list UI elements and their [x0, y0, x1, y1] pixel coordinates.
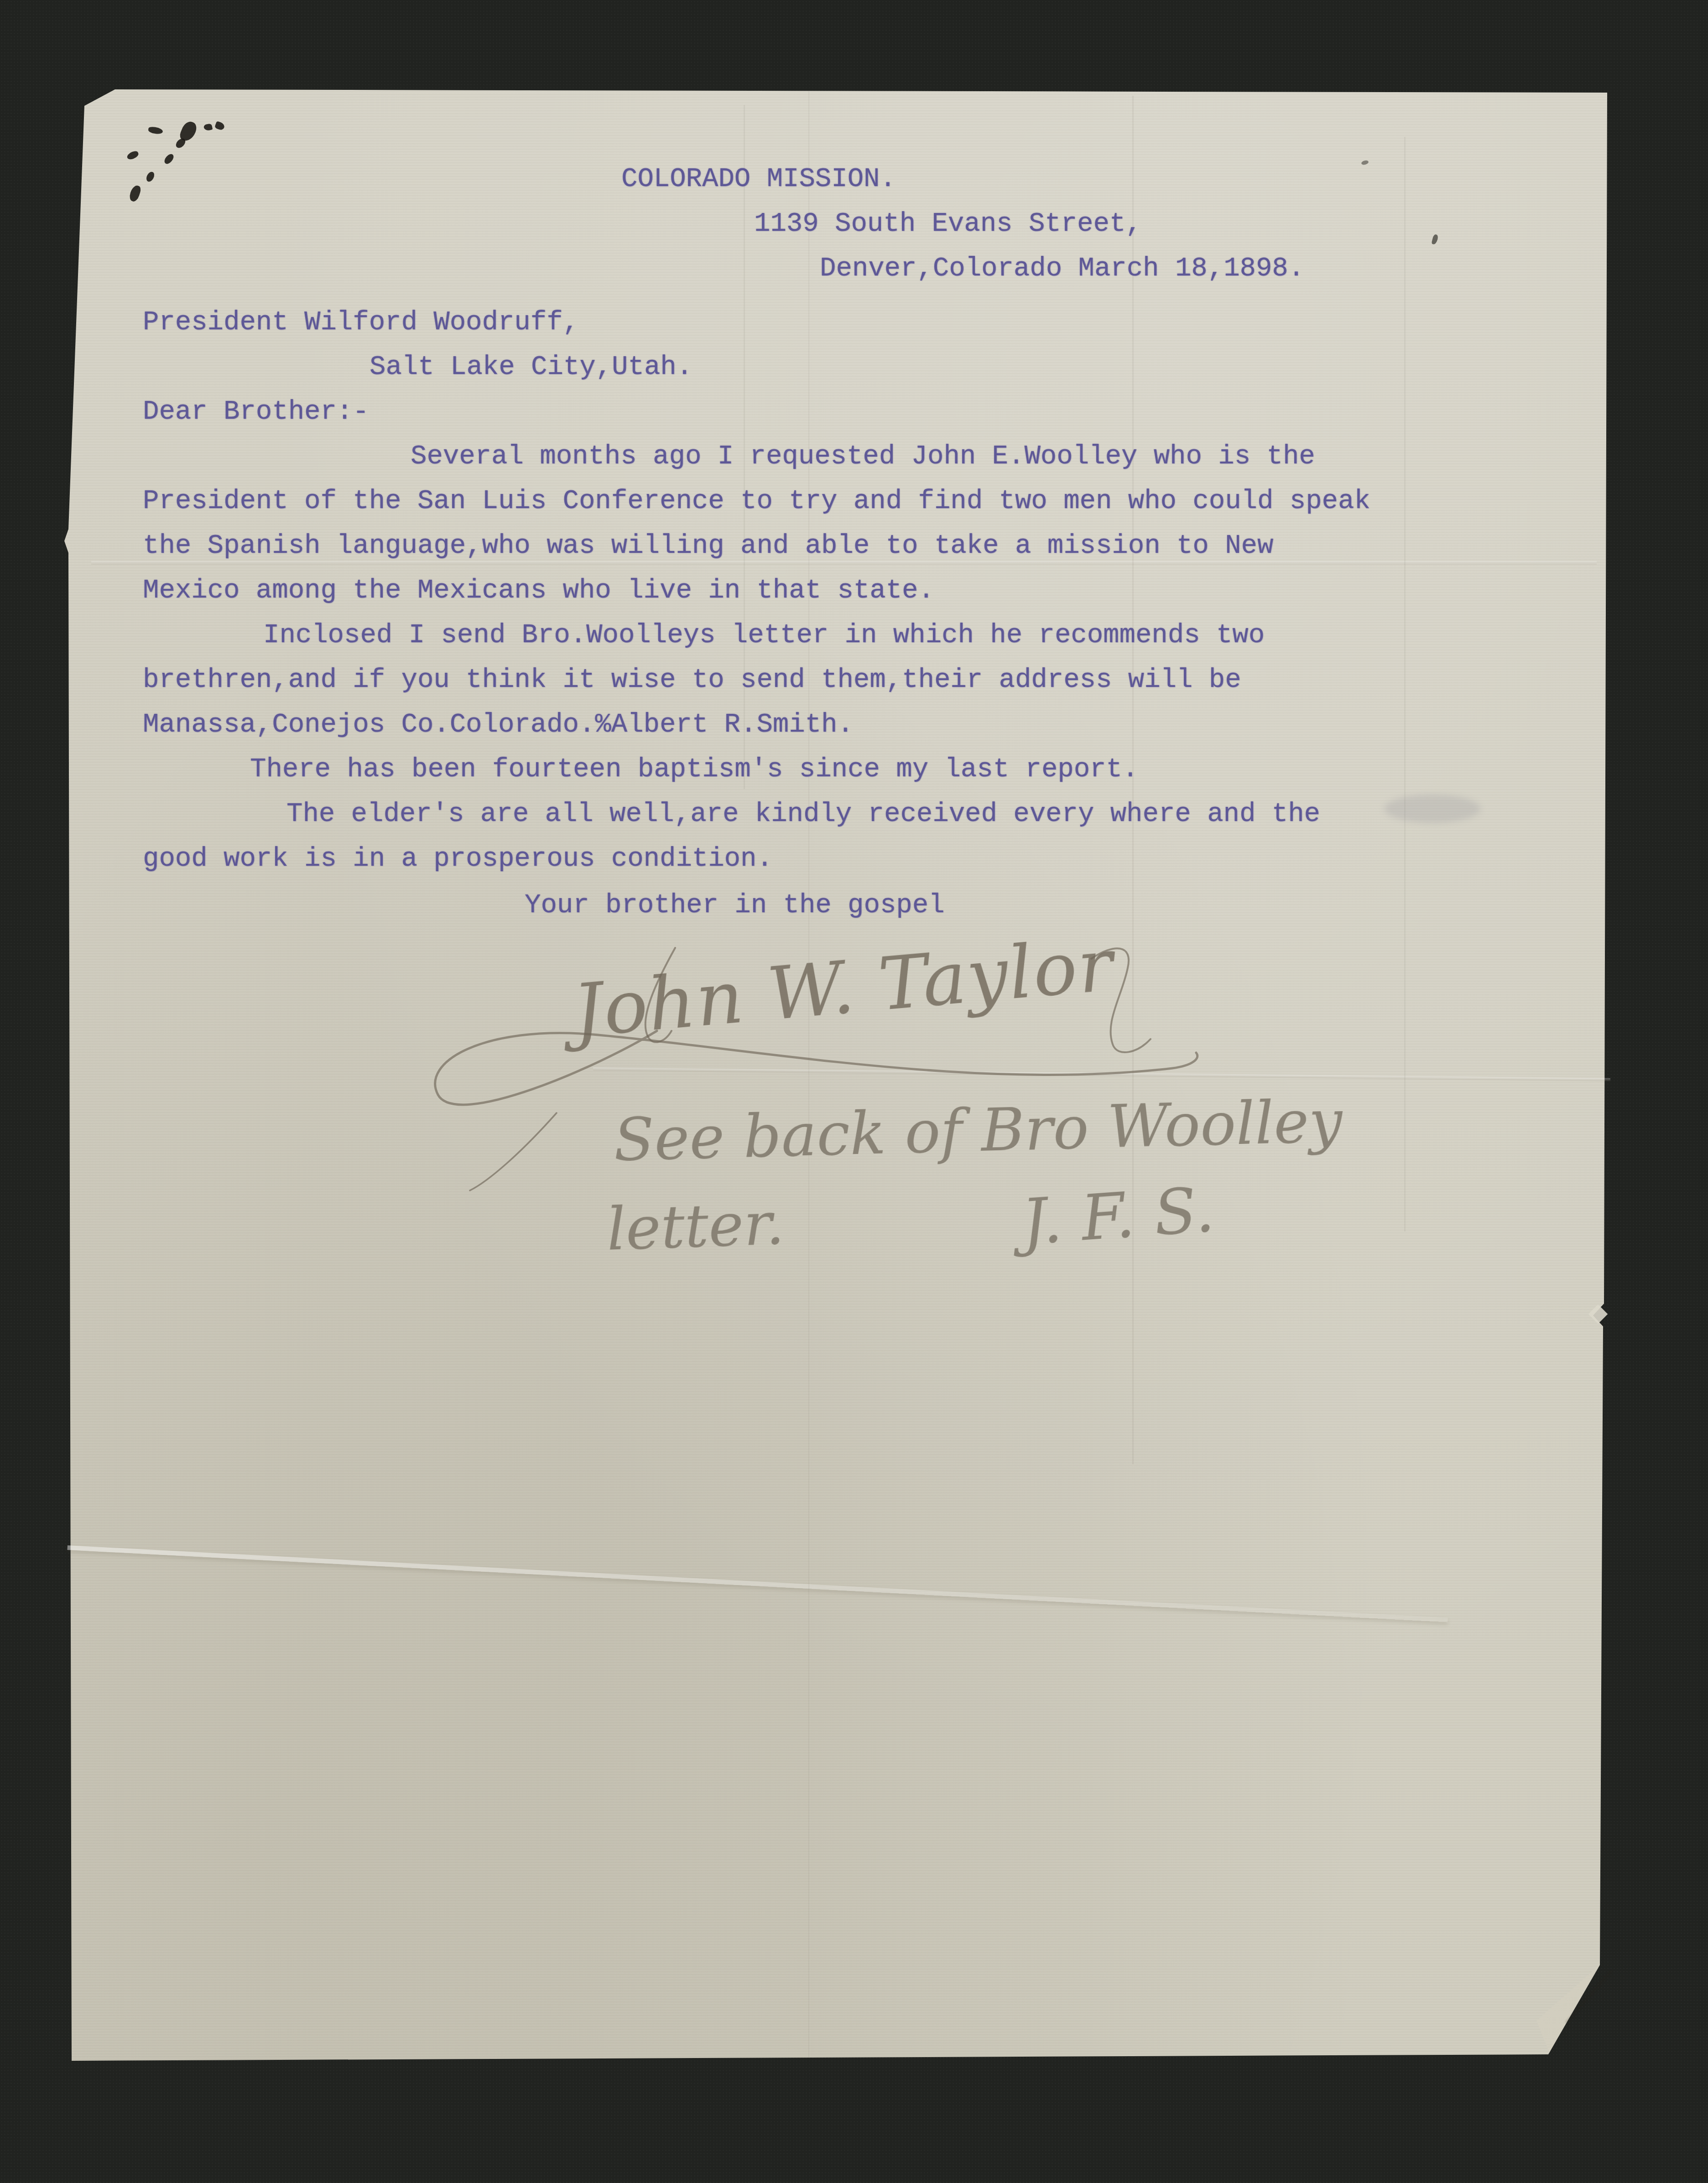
- annotation-initials: J. F. S.: [1020, 1174, 1217, 1259]
- salutation: Dear Brother:-: [143, 396, 369, 428]
- body-line: brethren,and if you think it wise to sen…: [143, 664, 1241, 696]
- heading-dateline: Denver,Colorado March 18,1898.: [820, 253, 1304, 285]
- body-line: Several months ago I requested John E.Wo…: [411, 441, 1315, 473]
- body-line: Manassa,Conejos Co.Colorado.%Albert R.Sm…: [143, 709, 854, 741]
- heading-street: 1139 South Evans Street,: [754, 208, 1142, 240]
- body-line: Mexico among the Mexicans who live in th…: [143, 575, 934, 607]
- recipient-line-2: Salt Lake City,Utah.: [370, 351, 693, 383]
- body-line: the Spanish language,who was willing and…: [143, 530, 1273, 562]
- annotation-line-2: letter.: [605, 1188, 785, 1263]
- body-line: Inclosed I send Bro.Woolleys letter in w…: [263, 619, 1265, 651]
- body-line: good work is in a prosperous condition.: [143, 843, 773, 875]
- photographed-letter-scene: COLORADO MISSION. 1139 South Evans Stree…: [0, 0, 1708, 2183]
- recipient-line-1: President Wilford Woodruff,: [143, 307, 579, 338]
- heading-organization: COLORADO MISSION.: [621, 163, 896, 195]
- body-line: President of the San Luis Conference to …: [143, 485, 1370, 517]
- body-line: The elder's are all well,are kindly rece…: [286, 798, 1320, 830]
- body-line: There has been fourteen baptism's since …: [250, 754, 1138, 785]
